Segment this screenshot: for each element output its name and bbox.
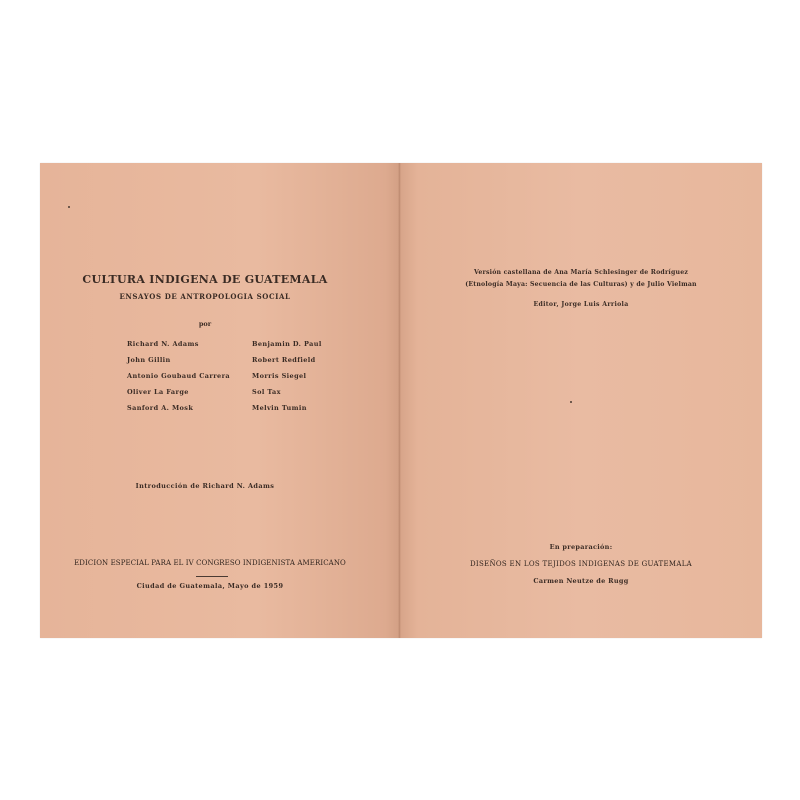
book-subtitle: ENSAYOS DE ANTROPOLOGIA SOCIAL (40, 292, 370, 301)
divider-rule (196, 576, 228, 577)
in-preparation-author: Carmen Neutze de Rugg (400, 577, 762, 585)
editor-credit: Editor, Jorge Luis Arriola (400, 301, 762, 308)
author-name: Morris Siegel (252, 368, 322, 384)
author-name: Antonio Goubaud Carrera (127, 368, 230, 384)
author-name: Richard N. Adams (127, 336, 230, 352)
edition-note: EDICION ESPECIAL PARA EL IV CONGRESO IND… (40, 559, 380, 567)
author-name: Benjamin D. Paul (252, 336, 322, 352)
book-spread: CULTURA INDIGENA DE GUATEMALA ENSAYOS DE… (40, 163, 762, 638)
translation-line-1: Versión castellana de Ana María Schlesin… (400, 267, 762, 279)
author-name: Oliver La Farge (127, 384, 230, 400)
author-name: Sol Tax (252, 384, 322, 400)
book-title: CULTURA INDIGENA DE GUATEMALA (40, 273, 370, 286)
author-name: John Gillin (127, 352, 230, 368)
author-name: Melvin Tumin (252, 400, 322, 416)
authors-column-1: Richard N. Adams John Gillin Antonio Gou… (127, 336, 230, 416)
left-page: CULTURA INDIGENA DE GUATEMALA ENSAYOS DE… (40, 163, 400, 638)
paper-speck (570, 401, 572, 403)
in-preparation-label: En preparación: (400, 543, 762, 551)
author-name: Robert Redfield (252, 352, 322, 368)
in-preparation-title: DISEÑOS EN LOS TEJIDOS INDIGENAS DE GUAT… (400, 560, 762, 568)
paper-speck (68, 206, 70, 208)
translation-line-2: (Etnología Maya: Secuencia de las Cultur… (400, 279, 762, 291)
place-date: Ciudad de Guatemala, Mayo de 1959 (40, 582, 380, 590)
author-name: Sanford A. Mosk (127, 400, 230, 416)
authors-column-2: Benjamin D. Paul Robert Redfield Morris … (252, 336, 322, 416)
right-page: Versión castellana de Ana María Schlesin… (400, 163, 762, 638)
book-spine (398, 163, 401, 638)
by-label: por (40, 320, 370, 328)
translation-credit: Versión castellana de Ana María Schlesin… (400, 267, 762, 291)
introduction-credit: Introducción de Richard N. Adams (40, 482, 370, 490)
